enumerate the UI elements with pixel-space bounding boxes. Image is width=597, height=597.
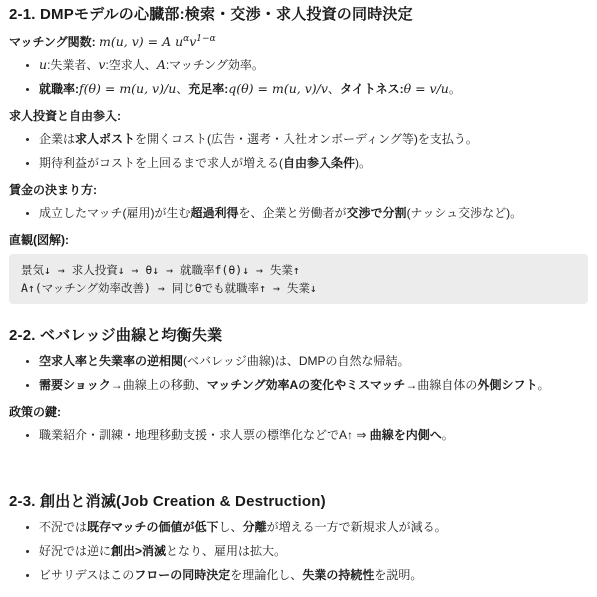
text-run: 交渉で分割 (347, 206, 407, 220)
math-run: θ = v/u (404, 81, 449, 96)
text-run: :失業者、 (47, 58, 98, 72)
text-run: を理論化し、 (230, 568, 302, 582)
text-run: 。 (449, 82, 461, 96)
text-run: →曲線自体の (405, 378, 477, 392)
list-item: 需要ショック→曲線上の移動、マッチング効率Aの変化やミスマッチ→曲線自体の外側シ… (39, 376, 588, 394)
list-item: 就職率:f(θ) = m(u, v)/u、充足率:q(θ) = m(u, v)/… (39, 80, 588, 98)
list-item: 企業は求人ポストを開くコスト(広告・選考・入社オンボーディング等)を支払う。 (39, 130, 588, 148)
text-run: )。 (355, 156, 371, 170)
text-run: 、 (328, 82, 340, 96)
label-wage-determination: 賃金の決まり方: (9, 181, 588, 199)
text-run: 2-1. DMPモデルの心臓部:検索・交渉・求人投資の同時決定 (9, 6, 413, 23)
text-run: 企業は (39, 132, 75, 146)
list-item: 不況では既存マッチの価値が低下し、分離が増える一方で新規求人が減る。 (39, 518, 588, 536)
label-policy-key: 政策の鍵: (9, 403, 588, 421)
text-run: し、 (219, 520, 243, 534)
text-run: (ベバレッジ曲線)は、DMPの自然な帰結。 (183, 354, 410, 368)
label-intuition: 直観(図解): (9, 231, 588, 249)
text-run: 不況では (39, 520, 87, 534)
math-run: m(u, v) = A u (99, 34, 183, 49)
matching-function-line: マッチング関数: m(u, v) = A uαv1−α (9, 33, 588, 51)
heading-2-2: 2-2. ベバレッジ曲線と均衡失業 (9, 326, 588, 345)
math-run: u (39, 57, 47, 72)
list-creation-destruction: 不況では既存マッチの価値が低下し、分離が増える一方で新規求人が減る。好況では逆に… (9, 518, 588, 584)
text-run: 期待利益がコストを上回るまで求人が増える( (39, 156, 283, 170)
text-run: 2-2. ベバレッジ曲線と均衡失業 (9, 327, 222, 344)
text-run: 、 (176, 82, 188, 96)
text-run: 就職率: (39, 82, 79, 96)
text-run: を開くコスト(広告・選考・入社オンボーディング等)を支払う。 (135, 132, 478, 146)
document-page: 2-1. DMPモデルの心臓部:検索・交渉・求人投資の同時決定マッチング関数: … (9, 5, 588, 584)
label-vacancy-investment: 求人投資と自由参入: (9, 107, 588, 125)
code-line: 景気↓ → 求人投資↓ → θ↓ → 就職率f(θ)↓ → 失業↑ (21, 261, 576, 279)
text-run: 好況では逆に (39, 544, 111, 558)
math-run: f(θ) = m(u, v)/u (79, 81, 176, 96)
code-line: A↑(マッチング効率改善) → 同じθでも就職率↑ → 失業↓ (21, 279, 576, 297)
text-run: 既存マッチの価値が低下 (87, 520, 219, 534)
text-run: 賃金の決まり方: (9, 183, 97, 197)
intuition-diagram: 景気↓ → 求人投資↓ → θ↓ → 就職率f(θ)↓ → 失業↑A↑(マッチン… (9, 254, 588, 304)
text-run: を、企業と労働者が (239, 206, 347, 220)
text-run: タイトネス: (340, 82, 404, 96)
text-run: 超過利得 (191, 206, 239, 220)
text-run: マッチング効率Aの変化やミスマッチ (207, 378, 406, 392)
text-run: 成立したマッチ(雇用)が生む (39, 206, 191, 220)
list-item: 職業紹介・訓練・地理移動支援・求人票の標準化などでA↑ ⇒ 曲線を内側へ。 (39, 426, 588, 444)
text-run: 政策の鍵: (9, 405, 61, 419)
text-run: となり、雇用は拡大。 (166, 544, 286, 558)
heading-2-3: 2-3. 創出と消滅(Job Creation & Destruction) (9, 492, 588, 511)
text-run: を説明。 (374, 568, 422, 582)
list-wage-determination: 成立したマッチ(雇用)が生む超過利得を、企業と労働者が交渉で分割(ナッシュ交渉な… (9, 204, 588, 222)
list-item: 空求人率と失業率の逆相関(ベバレッジ曲線)は、DMPの自然な帰結。 (39, 352, 588, 370)
text-run: 外側シフト (477, 378, 537, 392)
text-run: 。 (442, 428, 454, 442)
math-run: A (157, 57, 166, 72)
text-run: 職業紹介・訓練・地理移動支援・求人票の標準化などでA↑ ⇒ (39, 428, 370, 442)
text-run: ビサリデスはこの (39, 568, 134, 582)
text-run: 2-3. 創出と消滅(Job Creation & Destruction) (9, 493, 326, 510)
list-vacancy-investment: 企業は求人ポストを開くコスト(広告・選考・入社オンボーディング等)を支払う。期待… (9, 130, 588, 172)
text-run: (ナッシュ交渉など)。 (407, 206, 523, 220)
list-beveridge: 空求人率と失業率の逆相関(ベバレッジ曲線)は、DMPの自然な帰結。需要ショック→… (9, 352, 588, 394)
math-run: q(θ) = m(u, v)/v (228, 81, 328, 96)
text-run: 曲線を内側へ (370, 428, 442, 442)
text-run: 充足率: (188, 82, 228, 96)
text-run: マッチング関数: (9, 35, 99, 49)
list-policy-key: 職業紹介・訓練・地理移動支援・求人票の標準化などでA↑ ⇒ 曲線を内側へ。 (9, 426, 588, 444)
text-run: 自由参入条件 (283, 156, 355, 170)
text-run: 創出>消滅 (111, 544, 166, 558)
text-run: 分離 (243, 520, 267, 534)
list-item: ビサリデスはこのフローの同時決定を理論化し、失業の持続性を説明。 (39, 566, 588, 584)
list-2-1-definitions: u:失業者、v:空求人、A:マッチング効率。就職率:f(θ) = m(u, v)… (9, 56, 588, 98)
list-item: 成立したマッチ(雇用)が生む超過利得を、企業と労働者が交渉で分割(ナッシュ交渉な… (39, 204, 588, 222)
list-item: 好況では逆に創出>消滅となり、雇用は拡大。 (39, 542, 588, 560)
text-run: 直観(図解): (9, 233, 69, 247)
text-run: 失業の持続性 (302, 568, 374, 582)
text-run: が増える一方で新規求人が減る。 (267, 520, 447, 534)
text-run: :空求人、 (105, 58, 156, 72)
list-item: u:失業者、v:空求人、A:マッチング効率。 (39, 56, 588, 74)
text-run: 求人投資と自由参入: (9, 109, 121, 123)
heading-2-1: 2-1. DMPモデルの心臓部:検索・交渉・求人投資の同時決定 (9, 5, 588, 24)
text-run: :マッチング効率。 (166, 58, 264, 72)
text-run: 求人ポスト (75, 132, 135, 146)
text-run: フローの同時決定 (134, 568, 230, 582)
text-run: 需要ショック (39, 378, 111, 392)
text-run: →曲線上の移動、 (111, 378, 207, 392)
text-run: 空求人率と失業率の逆相関 (39, 354, 183, 368)
list-item: 期待利益がコストを上回るまで求人が増える(自由参入条件)。 (39, 154, 588, 172)
math-run: 1−α (196, 34, 215, 44)
text-run: 。 (537, 378, 549, 392)
